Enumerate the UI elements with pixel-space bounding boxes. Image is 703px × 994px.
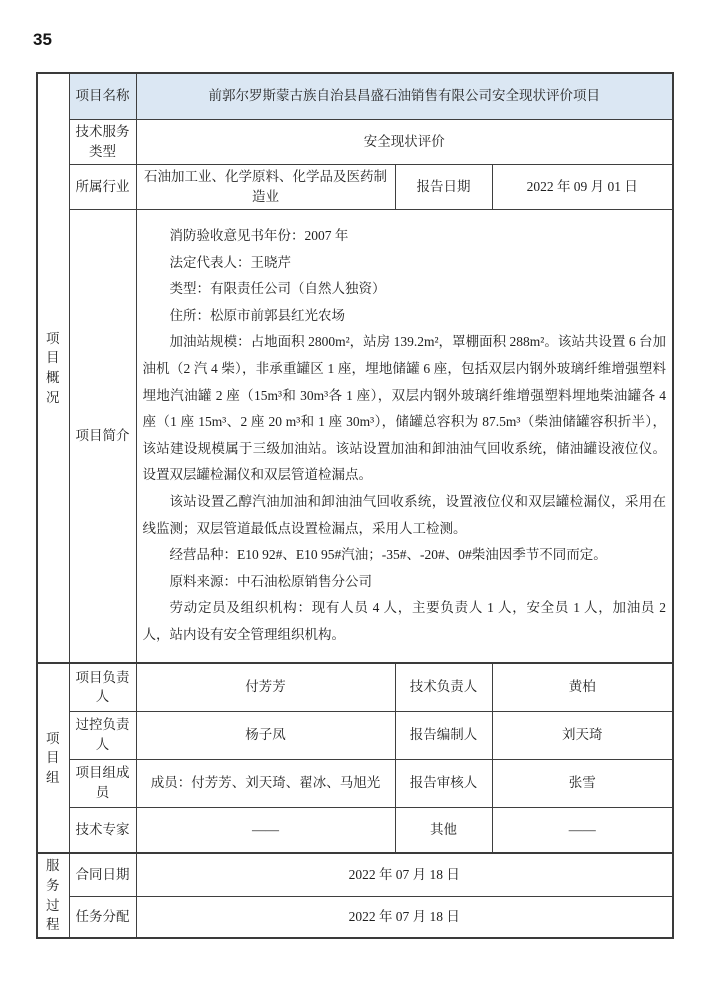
report-reviewer-value: 张雪 <box>492 759 673 807</box>
task-assignment-value: 2022 年 07 月 18 日 <box>136 896 673 938</box>
industry-value: 石油加工业、化学原料、化学品及医药制造业 <box>136 164 395 209</box>
summary-paragraph: 类型：有限责任公司（自然人独资） <box>143 276 667 303</box>
section-label-overview: 项目概况 <box>37 73 69 663</box>
summary-paragraph: 经营品种：E10 92#、E10 95#汽油；-35#、-20#、0#柴油因季节… <box>143 542 667 569</box>
row-label-process-control: 过控负责人 <box>69 711 136 759</box>
summary-paragraph: 法定代表人：王晓芹 <box>143 250 667 277</box>
row-label-report-reviewer: 报告审核人 <box>395 759 492 807</box>
row-label-other: 其他 <box>395 807 492 853</box>
row-label-project-summary: 项目简介 <box>69 209 136 663</box>
section-label-team: 项目组 <box>37 663 69 853</box>
row-label-contract-date: 合同日期 <box>69 853 136 896</box>
section-label-process: 服务过程 <box>37 853 69 938</box>
summary-paragraph: 消防验收意见书年份：2007 年 <box>143 223 667 250</box>
other-value: —— <box>492 807 673 853</box>
contract-date-value: 2022 年 07 月 18 日 <box>136 853 673 896</box>
project-leader-value: 付芳芳 <box>136 663 395 711</box>
row-label-project-name: 项目名称 <box>69 73 136 119</box>
project-info-table: 项目概况 项目名称 前郭尔罗斯蒙古族自治县昌盛石油销售有限公司安全现状评价项目 … <box>36 72 674 939</box>
summary-paragraph: 加油站规模：占地面积 2800m²，站房 139.2m²，罩棚面积 288m²。… <box>143 329 667 489</box>
summary-paragraph: 原料来源：中石油松原销售分公司 <box>143 569 667 596</box>
row-label-tech-expert: 技术专家 <box>69 807 136 853</box>
report-date-value: 2022 年 09 月 01 日 <box>492 164 673 209</box>
summary-paragraph: 劳动定员及组织机构：现有人员 4 人，主要负责人 1 人，安全员 1 人，加油员… <box>143 595 667 648</box>
team-members-value: 成员：付芳芳、刘天琦、翟冰、马旭光 <box>136 759 395 807</box>
row-label-service-type: 技术服务类型 <box>69 119 136 164</box>
process-control-value: 杨子凤 <box>136 711 395 759</box>
row-label-team-members: 项目组成员 <box>69 759 136 807</box>
tech-leader-value: 黄柏 <box>492 663 673 711</box>
row-label-tech-leader: 技术负责人 <box>395 663 492 711</box>
tech-expert-value: —— <box>136 807 395 853</box>
row-label-report-writer: 报告编制人 <box>395 711 492 759</box>
project-name-value: 前郭尔罗斯蒙古族自治县昌盛石油销售有限公司安全现状评价项目 <box>136 73 673 119</box>
project-summary-cell: 消防验收意见书年份：2007 年 法定代表人：王晓芹 类型：有限责任公司（自然人… <box>136 209 673 663</box>
row-label-industry: 所属行业 <box>69 164 136 209</box>
page-number: 35 <box>33 30 52 50</box>
row-label-report-date: 报告日期 <box>395 164 492 209</box>
report-writer-value: 刘天琦 <box>492 711 673 759</box>
summary-paragraph: 住所：松原市前郭县红光农场 <box>143 303 667 330</box>
row-label-project-leader: 项目负责人 <box>69 663 136 711</box>
service-type-value: 安全现状评价 <box>136 119 673 164</box>
summary-paragraph: 该站设置乙醇汽油加油和卸油油气回收系统，设置液位仪和双层罐检漏仪，采用在线监测；… <box>143 489 667 542</box>
row-label-task-assignment: 任务分配 <box>69 896 136 938</box>
